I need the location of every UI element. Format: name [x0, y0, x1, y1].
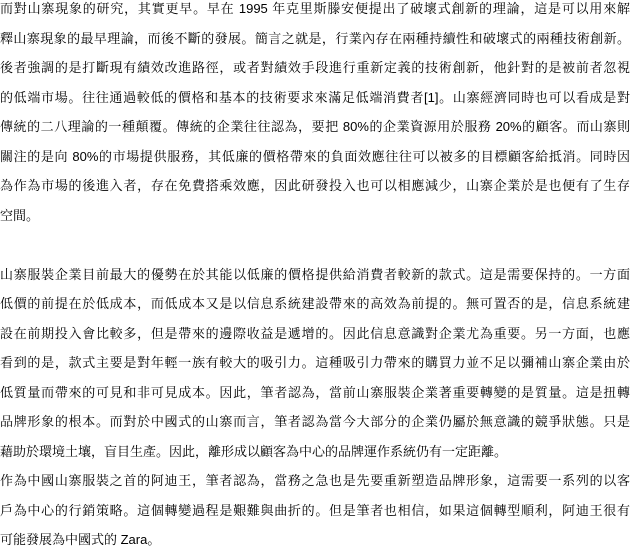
- text-line: 山寨服裝企業目前最大的優勢在於其能以低廉的價格提供給消費者較新的款式。這是需要保…: [0, 260, 630, 290]
- text-line: 設在前期投入會比較多，但是帶來的邊際收益是遞增的。因此信息意識對企業尤為重要。另…: [0, 319, 630, 349]
- text-line: 看到的是，款式主要是對年輕一族有較大的吸引力。這種吸引力帶來的購買力並不足以彌補…: [0, 348, 630, 378]
- text-line: 藉助於環境土壤，盲目生產。因此，離形成以顧客為中心的品牌運作系統仍有一定距離。: [0, 437, 630, 467]
- paragraph-1: 而對山寨現象的研究，其實更早。早在 1995 年克里斯滕安便提出了破壞式創新的理…: [0, 0, 630, 230]
- text-line: 關注的是向 80%的市場提供服務，其低廉的價格帶來的負面效應往往可以被多的目標顧…: [0, 142, 630, 172]
- text-line: 可能發展為中國式的 Zara。: [0, 525, 630, 551]
- text-line: 的低端市場。往往通過較低的價格和基本的技術要求來滿足低端消費者[1]。山寨經濟同…: [0, 83, 630, 113]
- paragraph-2: 山寨服裝企業目前最大的優勢在於其能以低廉的價格提供給消費者較新的款式。這是需要保…: [0, 260, 630, 467]
- text-line: 為作為市場的後進入者，存在免費搭乘效應，因此研發投入也可以相應減少，山寨企業於是…: [0, 171, 630, 201]
- paragraph-3: 作為中國山寨服裝之首的阿迪王，筆者認為，當務之急也是先要重新塑造品牌形象，這需要…: [0, 466, 630, 551]
- paragraph-spacer: [0, 230, 630, 260]
- text-line: 低質量而帶來的可見和非可見成本。因此，筆者認為，當前山寨服裝企業著重要轉變的是質…: [0, 378, 630, 408]
- text-line: 空間。: [0, 201, 630, 231]
- text-line: 低價的前提在於低成本，而低成本又是以信息系統建設帶來的高效為前提的。無可置否的是…: [0, 289, 630, 319]
- text-line: 釋山寨現象的最早理論，而後不斷的發展。簡言之就是，行業內存在兩種持續性和破壞式的…: [0, 24, 630, 54]
- text-line: 傳統的二八理論的一種顛覆。傳統的企業往往認為，要把 80%的企業資源用於服務 2…: [0, 112, 630, 142]
- text-line: 戶為中心的行銷策略。這個轉變過程是艱難與曲折的。但是筆者也相信，如果這個轉型順利…: [0, 496, 630, 526]
- text-line: 品牌形象的根本。而對於中國式的山寨而言，筆者認為當今大部分的企業仍屬於無意識的競…: [0, 407, 630, 437]
- text-line: 而對山寨現象的研究，其實更早。早在 1995 年克里斯滕安便提出了破壞式創新的理…: [0, 0, 630, 24]
- text-line: 後者強調的是打斷現有績效改進路徑，或者對績效手段進行重新定義的技術創新，他針對的…: [0, 53, 630, 83]
- document-page: 而對山寨現象的研究，其實更早。早在 1995 年克里斯滕安便提出了破壞式創新的理…: [0, 0, 630, 551]
- text-line: 作為中國山寨服裝之首的阿迪王，筆者認為，當務之急也是先要重新塑造品牌形象，這需要…: [0, 466, 630, 496]
